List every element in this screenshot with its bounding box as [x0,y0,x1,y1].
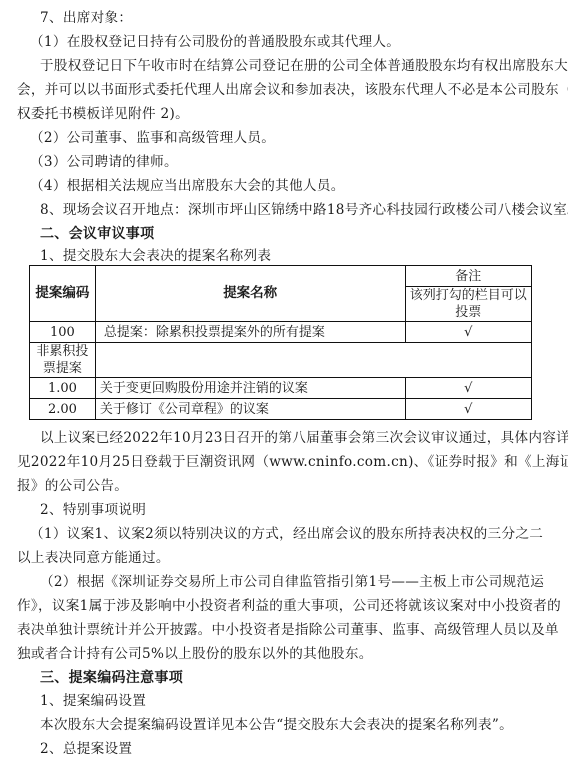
table-row: 100 总提案：除累积投票提案外的所有提案 √ [30,322,532,343]
review-paragraph-line-3: 报》的公司公告。 [17,476,547,496]
attendee-paragraph-line-2: 会，并可以以书面形式委托代理人出席会议和参加表决，该股东代理人不必是本公司股东（… [17,80,545,100]
special-item-2-line-4: 独或者合计持有公司5%以上股份的股东以外的其他股东。 [17,644,547,664]
row-name: 关于修订《公司章程》的议案 [95,399,405,420]
row-name: 总提案：除累积投票提案外的所有提案 [95,322,405,343]
table-row: 非累积投票提案 [30,343,532,378]
attendee-paragraph-line-3: 权委托书模板详见附件 2)。 [17,104,547,124]
review-paragraph-line-1: 以上议案已经2022年10月23日召开的第八届董事会第三次会议审议通过，具体内容… [40,428,545,448]
special-item-2-line-2: 作》，议案1属于涉及影响中小投资者利益的重大事项，公司还将就该议案对中小投资者的 [17,596,525,616]
row-code: 非累积投票提案 [30,343,96,378]
attendee-item-2: （2）公司董事、监事和高级管理人员。 [30,128,550,148]
row-code: 2.00 [30,399,96,420]
coding-setup-title: 1、提案编码设置 [40,691,550,711]
row-name [95,343,531,378]
review-paragraph-line-2: 见2022年10月25日登载于巨潮资讯网（www.cninfo.com.cn)、… [17,452,539,472]
header-note-sub: 该列打勾的栏目可以投票 [405,287,531,322]
row-vote-check: √ [405,378,531,399]
attendee-paragraph-line-1: 于股权登记日下午收市时在结算公司登记在册的公司全体普通股股东均有权出席股东大 [40,56,545,76]
header-proposal-name: 提案名称 [95,266,405,322]
special-item-2-line-1: （2）根据《深圳证券交易所上市公司自律监管指引第1号——主板上市公司规范运 [40,572,525,592]
special-matters-title: 2、特别事项说明 [40,500,550,520]
row-code: 100 [30,322,96,343]
row-name: 关于变更回购股份用途并注销的议案 [95,378,405,399]
special-item-2-line-3: 表决单独计票统计并公开披露。中小投资者是指除公司董事、监事、高级管理人员以及单 [17,620,525,640]
row-vote-check: √ [405,399,531,420]
special-item-1-line-1: （1）议案1、议案2须以特别决议的方式，经出席会议的股东所持表决权的三分之二 [30,524,527,544]
section-heading-review-items: 二、会议审议事项 [40,224,568,244]
special-item-1-line-2: 以上表决同意方能通过。 [17,548,547,568]
section-7-title: 7、出席对象： [40,8,550,28]
attendee-item-1: （1）在股权登记日持有公司股份的普通股股东或其代理人。 [30,32,550,52]
coding-setup-text: 本次股东大会提案编码设置详见本公告“提交股东大会表决的提案名称列表”。 [40,715,550,735]
table-row: 2.00 关于修订《公司章程》的议案 √ [30,399,532,420]
proposal-list-title: 1、提交股东大会表决的提案名称列表 [40,246,550,266]
header-proposal-code: 提案编码 [30,266,96,322]
proposal-table: 提案编码 提案名称 备注 该列打勾的栏目可以投票 100 总提案：除累积投票提案… [29,265,532,420]
attendee-item-4: （4）根据相关法规应当出席股东大会的其他人员。 [30,176,550,196]
row-code: 1.00 [30,378,96,399]
total-proposal-setup-title: 2、总提案设置 [40,739,550,757]
meeting-location: 8、现场会议召开地点：深圳市坪山区锦绣中路18号齐心科技园行政楼公司八楼会议室。 [40,200,550,220]
row-vote-check: √ [405,322,531,343]
attendee-item-3: （3）公司聘请的律师。 [30,152,550,172]
section-heading-proposal-coding: 三、提案编码注意事项 [40,668,568,688]
table-row: 1.00 关于变更回购股份用途并注销的议案 √ [30,378,532,399]
header-note: 备注 [405,266,531,287]
